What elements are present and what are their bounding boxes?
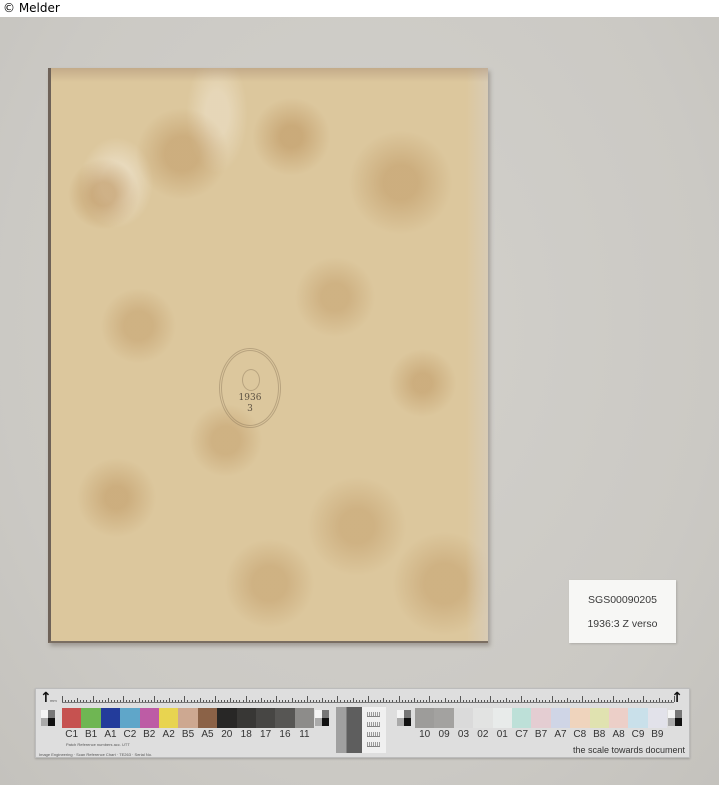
ruler-tick (145, 700, 146, 702)
ruler-tick (117, 700, 118, 702)
patch-label: A5 (198, 729, 217, 740)
ruler-tick (90, 700, 91, 702)
ruler-tick (279, 700, 280, 702)
ruler-tick (432, 700, 433, 702)
ruler-tick (301, 700, 302, 702)
stamp-number-line1: 1936 (222, 393, 278, 403)
ruler-tick (322, 698, 323, 702)
ruler-tick (353, 698, 354, 702)
gray-balance-patch-mid (315, 710, 329, 726)
ruler-tick (610, 700, 611, 702)
patch-label: 02 (473, 729, 492, 740)
ruler-tick (637, 700, 638, 702)
stamp-number-line2: 3 (222, 404, 278, 414)
ruler-tick (607, 700, 608, 702)
ruler-tick (616, 700, 617, 702)
ruler-tick (674, 696, 675, 702)
ruler-tick (423, 700, 424, 702)
color-patch (120, 708, 139, 728)
ruler-tick (619, 700, 620, 702)
color-patch (493, 708, 512, 728)
stamp-crest-icon (242, 369, 260, 391)
scale-caption: the scale towards document (573, 745, 685, 755)
ruler-tick (506, 698, 507, 702)
ruler-tick (328, 700, 329, 702)
ruler-tick (230, 698, 231, 702)
gray-balance-patch-right-inner (397, 710, 411, 726)
ruler-tick (512, 700, 513, 702)
ruler-tick (209, 700, 210, 702)
ruler-tick (212, 700, 213, 702)
ruler-tick (96, 700, 97, 702)
patch-label: A1 (101, 729, 120, 740)
patch-reference-note: Patch Reference numbers acc. UTT (66, 742, 130, 747)
ruler-tick (429, 696, 430, 702)
patch-label: C1 (62, 729, 81, 740)
ruler-tick (181, 700, 182, 702)
credit-bar: © Melder (0, 0, 719, 17)
color-patches-right (415, 708, 667, 728)
ruler-tick (108, 698, 109, 702)
ruler-tick (276, 696, 277, 702)
ruler-tick (601, 700, 602, 702)
color-patch (217, 708, 236, 728)
gray-balance-patch-right (668, 710, 682, 726)
ruler-tick (576, 700, 577, 702)
ruler-tick (93, 696, 94, 702)
ruler-tick (178, 700, 179, 702)
ruler-tick (334, 700, 335, 702)
ruler-tick (533, 700, 534, 702)
ruler-tick (549, 700, 550, 702)
ruler-tick (561, 700, 562, 702)
ruler-tick (383, 698, 384, 702)
patch-label: 17 (256, 729, 275, 740)
patch-label: A2 (159, 729, 178, 740)
ruler-tick (249, 700, 250, 702)
ruler-tick (622, 700, 623, 702)
ruler-tick (570, 700, 571, 702)
ruler-tick (380, 700, 381, 702)
ruler-tick (264, 700, 265, 702)
ruler-tick (215, 696, 216, 702)
patch-label: C9 (628, 729, 647, 740)
ruler-tick (515, 700, 516, 702)
ruler-tick (454, 700, 455, 702)
patch-label: 11 (295, 729, 314, 740)
ruler-tick (194, 700, 195, 702)
ruler-tick (157, 700, 158, 702)
color-patch (178, 708, 197, 728)
ruler-tick (221, 700, 222, 702)
ruler-tick (316, 700, 317, 702)
color-reference-scale: ↑ ↑ mm C1B1A1C2B2A2B5A52018171611 100903… (35, 688, 690, 758)
ruler-tick (292, 698, 293, 702)
color-patch (531, 708, 550, 728)
ruler-tick (542, 700, 543, 702)
ruler-tick (457, 700, 458, 702)
ruler-tick (671, 700, 672, 702)
ruler-tick (585, 700, 586, 702)
ruler-tick (500, 700, 501, 702)
ruler-tick (490, 696, 491, 702)
ruler-tick (236, 700, 237, 702)
ruler-tick (233, 700, 234, 702)
ruler-tick (243, 700, 244, 702)
ruler-tick (160, 700, 161, 702)
ruler-tick (493, 700, 494, 702)
ruler-tick (319, 700, 320, 702)
ruler-tick (503, 700, 504, 702)
ruler-tick (405, 700, 406, 702)
patch-label: C2 (120, 729, 139, 740)
patch-label: 20 (217, 729, 236, 740)
ruler-tick (665, 700, 666, 702)
ruler-tick (386, 700, 387, 702)
ruler-tick (123, 696, 124, 702)
color-patch (81, 708, 100, 728)
ruler-tick (484, 700, 485, 702)
ruler-tick (481, 700, 482, 702)
color-patch (551, 708, 570, 728)
ruler-tick (643, 696, 644, 702)
ruler-tick (598, 698, 599, 702)
ruler-tick (530, 700, 531, 702)
ruler-tick (613, 696, 614, 702)
ruler-tick (545, 700, 546, 702)
color-patch (434, 708, 453, 728)
paper-edge (466, 68, 488, 641)
color-patch (101, 708, 120, 728)
ruler-tick (62, 696, 63, 702)
color-patch (198, 708, 217, 728)
patch-label: 03 (454, 729, 473, 740)
ruler-tick (371, 700, 372, 702)
ruler-tick (71, 700, 72, 702)
ruler-tick (356, 700, 357, 702)
ruler-tick (169, 698, 170, 702)
ruler-tick (172, 700, 173, 702)
ruler-tick (154, 696, 155, 702)
ruler-tick (527, 700, 528, 702)
color-patch (415, 708, 434, 728)
ruler-tick (246, 696, 247, 702)
ruler-tick (218, 700, 219, 702)
ruler-tick (255, 700, 256, 702)
inventory-label-card: SGS00090205 1936:3 Z verso (569, 580, 676, 643)
ruler-tick (365, 700, 366, 702)
color-patch (454, 708, 473, 728)
color-patch (237, 708, 256, 728)
ruler-tick (74, 700, 75, 702)
ruler-tick (282, 700, 283, 702)
ruler-tick (441, 700, 442, 702)
ruler-tick (285, 700, 286, 702)
ruler-tick (555, 700, 556, 702)
patch-label: 01 (493, 729, 512, 740)
ruler-tick (77, 698, 78, 702)
ruler-tick (646, 700, 647, 702)
ruler-tick (451, 700, 452, 702)
ruler-tick (111, 700, 112, 702)
ruler-tick (539, 700, 540, 702)
ruler-tick (564, 700, 565, 702)
ruler-tick (120, 700, 121, 702)
ruler-tick (668, 700, 669, 702)
color-patch (62, 708, 81, 728)
ruler-tick (295, 700, 296, 702)
ruler-tick (83, 700, 84, 702)
ruler-tick (135, 700, 136, 702)
ruler-tick (331, 700, 332, 702)
ruler-tick (227, 700, 228, 702)
ruler-tick (396, 700, 397, 702)
ruler-tick (191, 700, 192, 702)
ruler-tick (105, 700, 106, 702)
ruler-tick (659, 698, 660, 702)
ruler-tick (389, 700, 390, 702)
ruler-tick (417, 700, 418, 702)
ruler-tick (478, 700, 479, 702)
patch-label: B2 (140, 729, 159, 740)
copyright-credit: © Melder (3, 1, 60, 15)
ruler-tick (359, 700, 360, 702)
ruler-tick (132, 700, 133, 702)
ruler-tick (604, 700, 605, 702)
ruler-tick (270, 700, 271, 702)
ruler-tick (252, 700, 253, 702)
ruler-tick (414, 698, 415, 702)
ruler-tick (518, 700, 519, 702)
ruler-tick (102, 700, 103, 702)
color-patch (628, 708, 647, 728)
ruler-tick (573, 700, 574, 702)
ruler-tick (631, 700, 632, 702)
ruler-tick (166, 700, 167, 702)
ruler-tick (588, 700, 589, 702)
mm-ruler (62, 691, 674, 703)
ruler-tick (126, 700, 127, 702)
ruler-tick (99, 700, 100, 702)
ruler-tick (628, 698, 629, 702)
ruler-tick (368, 696, 369, 702)
ruler-tick (475, 698, 476, 702)
color-patch (140, 708, 159, 728)
patch-label: A7 (551, 729, 570, 740)
ruler-tick (175, 700, 176, 702)
ruler-tick (625, 700, 626, 702)
ruler-tick (80, 700, 81, 702)
ruler-tick (640, 700, 641, 702)
color-patch (609, 708, 628, 728)
ruler-tick (445, 698, 446, 702)
ruler-tick (148, 700, 149, 702)
ruler-tick (313, 700, 314, 702)
ruler-tick (420, 700, 421, 702)
ruler-tick (163, 700, 164, 702)
ruler-tick (487, 700, 488, 702)
ruler-tick (337, 696, 338, 702)
ruler-tick (579, 700, 580, 702)
resolution-target (362, 707, 386, 753)
ruler-tick (469, 700, 470, 702)
patch-label: C7 (512, 729, 531, 740)
gray-density-strip (336, 707, 362, 753)
color-patch (473, 708, 492, 728)
ruler-tick (472, 700, 473, 702)
object-id: 1936:3 Z verso (569, 618, 676, 630)
collection-stamp: 1936 3 (219, 348, 281, 428)
ruler-tick (399, 696, 400, 702)
ruler-tick (377, 700, 378, 702)
ruler-tick (350, 700, 351, 702)
ruler-tick (288, 700, 289, 702)
ruler-tick (139, 698, 140, 702)
ruler-tick (411, 700, 412, 702)
ruler-tick (392, 700, 393, 702)
patch-label: B8 (590, 729, 609, 740)
patch-label: B7 (531, 729, 550, 740)
ruler-tick (261, 698, 262, 702)
ruler-tick (325, 700, 326, 702)
patch-label: A8 (609, 729, 628, 740)
ruler-tick (408, 700, 409, 702)
patch-label: B1 (81, 729, 100, 740)
patch-label: 16 (275, 729, 294, 740)
ruler-tick (402, 700, 403, 702)
color-patch (159, 708, 178, 728)
ruler-tick (374, 700, 375, 702)
ruler-tick (298, 700, 299, 702)
ruler-tick (129, 700, 130, 702)
ruler-tick (463, 700, 464, 702)
document-verso: 1936 3 (48, 68, 488, 643)
ruler-tick (460, 696, 461, 702)
ruler-tick (448, 700, 449, 702)
ruler-tick (558, 700, 559, 702)
color-patch (275, 708, 294, 728)
patch-label: C8 (570, 729, 589, 740)
ruler-tick (224, 700, 225, 702)
ruler-tick (307, 696, 308, 702)
ruler-tick (86, 700, 87, 702)
ruler-tick (267, 700, 268, 702)
ruler-tick (206, 700, 207, 702)
ruler-tick (521, 696, 522, 702)
ruler-tick (653, 700, 654, 702)
patch-label: 10 (415, 729, 434, 740)
ruler-tick (591, 700, 592, 702)
ruler-tick (582, 696, 583, 702)
ruler-tick (65, 700, 66, 702)
ruler-tick (304, 700, 305, 702)
ruler-tick (662, 700, 663, 702)
inventory-number: SGS00090205 (569, 594, 676, 606)
ruler-tick (273, 700, 274, 702)
ruler-tick (200, 698, 201, 702)
ruler-tick (567, 698, 568, 702)
color-patch (295, 708, 314, 728)
ruler-tick (466, 700, 467, 702)
ruler-tick (509, 700, 510, 702)
ruler-tick (197, 700, 198, 702)
ruler-tick (362, 700, 363, 702)
ruler-tick (142, 700, 143, 702)
ruler-tick (187, 700, 188, 702)
ruler-tick (438, 700, 439, 702)
color-patch (648, 708, 667, 728)
ruler-tick (435, 700, 436, 702)
ruler-tick (347, 700, 348, 702)
ruler-tick (594, 700, 595, 702)
ruler-tick (239, 700, 240, 702)
patch-label: 09 (434, 729, 453, 740)
color-patch (256, 708, 275, 728)
ruler-tick (426, 700, 427, 702)
ruler-tick (114, 700, 115, 702)
ruler-tick (536, 698, 537, 702)
patch-labels-right: 1009030201C7B7A7C8B8A8C9B9 (415, 729, 667, 740)
ruler-unit: mm (50, 698, 57, 703)
ruler-tick (552, 696, 553, 702)
ruler-tick (258, 700, 259, 702)
ruler-tick (650, 700, 651, 702)
color-patch (590, 708, 609, 728)
ruler-tick (634, 700, 635, 702)
ruler-tick (344, 700, 345, 702)
ruler-tick (68, 700, 69, 702)
ruler-tick (497, 700, 498, 702)
color-patches-left (62, 708, 314, 728)
color-patch (512, 708, 531, 728)
chart-footer-note: Image Engineering · Scan Reference Chart… (39, 752, 152, 757)
ruler-tick (151, 700, 152, 702)
color-patch (570, 708, 589, 728)
ruler-tick (340, 700, 341, 702)
ruler-tick (184, 696, 185, 702)
ruler-tick (310, 700, 311, 702)
ruler-tick (656, 700, 657, 702)
ruler-tick (524, 700, 525, 702)
patch-label: 18 (237, 729, 256, 740)
ruler-tick (203, 700, 204, 702)
patch-label: B5 (178, 729, 197, 740)
gray-balance-patch-left (41, 710, 55, 726)
patch-labels-left: C1B1A1C2B2A2B5A52018171611 (62, 729, 314, 740)
patch-label: B9 (648, 729, 667, 740)
